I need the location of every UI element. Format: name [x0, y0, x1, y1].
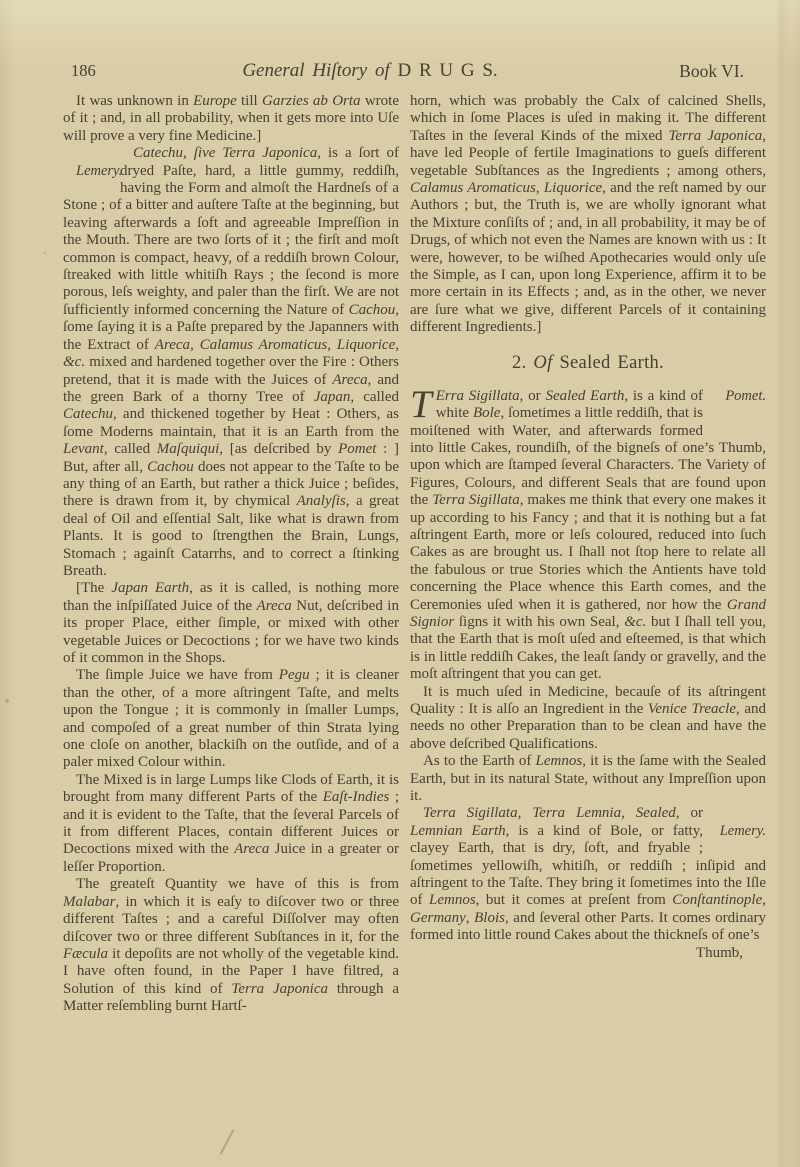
italic-text-run: Maſquiqui: [157, 441, 220, 457]
italic-text-run: Analyſis: [297, 493, 346, 509]
text-run: , called: [104, 441, 157, 457]
paragraph-malabar-quantity: The greateſt Quantity we have of this is…: [63, 876, 399, 1015]
text-run: , and thickened together by Heat : Other…: [63, 406, 399, 439]
italic-text-run: Lemnian Earth: [410, 823, 506, 839]
italic-text-run: Japan: [314, 389, 351, 405]
drop-cap: T: [410, 389, 432, 422]
text-run: ,: [536, 180, 544, 196]
left-column: It was unknown in Europe till Garzies ab…: [63, 93, 399, 1016]
text-run: , and the reſt named by our Authors ; bu…: [410, 180, 766, 335]
text-run: As to the Earth of: [423, 753, 536, 769]
italic-text-run: Of: [533, 353, 552, 373]
margin-note-author: Lemery.: [63, 145, 120, 197]
text-run: , [as deſcribed by: [219, 441, 338, 457]
margin-note-author: Pomet.: [703, 388, 766, 423]
italic-text-run: Garzies ab Orta: [262, 93, 361, 109]
italic-text-run: Catechu, ſive Terra Japonica: [133, 145, 317, 161]
book-label: Book VI.: [679, 58, 744, 84]
text-run: Sealed Earth.: [553, 353, 664, 373]
italic-text-run: Liquorice: [544, 180, 602, 196]
text-run: [The: [76, 580, 111, 596]
italic-text-run: Calamus Aromaticus: [200, 337, 328, 353]
italic-text-run: Areca: [234, 841, 269, 857]
page-edge-shade: [775, 0, 791, 1167]
italic-text-run: Conſtantinople: [672, 892, 762, 908]
paragraph-earth-of-lemnos: As to the Earth of Lemnos, it is the ſam…: [410, 753, 766, 805]
italic-text-run: Europe: [193, 93, 237, 109]
italic-text-run: Calamus Aromaticus: [410, 180, 536, 196]
text-run: D R U G S.: [398, 60, 498, 81]
italic-text-run: Areca: [155, 337, 190, 353]
text-run: or: [680, 805, 703, 821]
paper-scratch: [220, 1129, 234, 1154]
section-heading: 2. Of Sealed Earth.: [410, 353, 766, 373]
italic-text-run: Areca: [332, 372, 367, 388]
text-run: ſigns it with his own Seal,: [454, 614, 624, 630]
page-header: 186 General Hiſtory of D R U G S. Book V…: [0, 58, 800, 84]
text-columns: It was unknown in Europe till Garzies ab…: [63, 93, 766, 1016]
italic-text-run: Lemnos: [536, 753, 583, 769]
text-run: , makes me think that every one makes it…: [410, 492, 766, 612]
italic-text-run: Lemnos: [429, 892, 476, 908]
italic-text-run: Malabar: [63, 894, 116, 910]
italic-text-run: Liquorice: [337, 337, 395, 353]
italic-text-run: Germany: [410, 910, 466, 926]
italic-text-run: Terra Japonica: [668, 128, 762, 144]
text-run: The ſimple Juice we have from: [76, 667, 279, 683]
running-title: General Hiſtory of D R U G S.: [150, 58, 590, 84]
italic-text-run: Sealed Earth: [545, 388, 624, 404]
text-run: ,: [327, 337, 337, 353]
paragraph-terra-lemnia: Lemery.Terra Sigillata, Terra Lemnia, Se…: [410, 805, 766, 944]
text-run: The greateſt Quantity we have of this is…: [76, 876, 399, 892]
italic-text-run: Cachou: [349, 302, 396, 318]
italic-text-run: &c.: [624, 614, 646, 630]
paragraph-japan-earth: [The Japan Earth, as it is called, is no…: [63, 580, 399, 667]
text-run: , but it comes at preſent from: [476, 892, 673, 908]
right-column-bottom: Pomet.TErra Sigillata, or Sealed Earth, …: [410, 388, 766, 945]
italic-text-run: Levant: [63, 441, 104, 457]
italic-text-run: Catechu: [63, 406, 113, 422]
italic-text-run: Bole: [473, 405, 501, 421]
catchword: Thumb,: [410, 945, 766, 962]
text-run: ,: [190, 337, 200, 353]
paragraph-mixed-lumps: The Mixed is in large Lumps like Clods o…: [63, 772, 399, 876]
italic-text-run: Blois: [474, 910, 505, 926]
italic-text-run: Pegu: [279, 667, 310, 683]
italic-text-run: Eaſt-Indies: [323, 789, 390, 805]
italic-text-run: Terra Japonica: [231, 981, 328, 997]
paragraph-catechu-terra-japonica: Lemery.Catechu, ſive Terra Japonica, is …: [63, 145, 399, 580]
page-number: 186: [71, 58, 96, 84]
italic-text-run: Japan Earth: [111, 580, 189, 596]
italic-text-run: Terra Sigillata, Terra Lemnia, Sealed,: [423, 805, 680, 821]
paragraph-unknown-in-europe: It was unknown in Europe till Garzies ab…: [63, 93, 399, 145]
text-run: , or: [520, 388, 546, 404]
italic-text-run: Pomet: [338, 441, 376, 457]
text-run: It was unknown in: [76, 93, 193, 109]
italic-text-run: Terra Sigillata: [432, 492, 520, 508]
italic-text-run: Erra Sigillata: [436, 388, 520, 404]
paragraph-medicine-use: It is much uſed in Medicine, becauſe of …: [410, 684, 766, 754]
text-run: , called: [350, 389, 399, 405]
paragraph-terra-sigillata: Pomet.TErra Sigillata, or Sealed Earth, …: [410, 388, 766, 684]
italic-text-run: Cachou: [147, 459, 194, 475]
right-column: horn, which was probably the Calx of cal…: [410, 93, 766, 1016]
right-column-top: horn, which was probably the Calx of cal…: [410, 93, 766, 337]
text-run: ,: [395, 337, 399, 353]
text-run: ,: [762, 892, 766, 908]
text-run: ,: [466, 910, 474, 926]
text-run: till: [237, 93, 262, 109]
italic-text-run: Fæcula: [63, 946, 108, 962]
italic-text-run: Areca: [257, 598, 292, 614]
italic-text-run: &c.: [63, 354, 85, 370]
paragraph-simple-juice-pegu: The ſimple Juice we have from Pegu ; it …: [63, 667, 399, 771]
text-run: 2.: [512, 353, 533, 373]
margin-note-author: Lemery.: [703, 805, 766, 857]
italic-text-run: General Hiſtory of: [242, 60, 397, 81]
paragraph-hartshorn-continuation: horn, which was probably the Calx of cal…: [410, 93, 766, 337]
paper-specks: [0, 0, 2, 2]
italic-text-run: Venice Treacle: [648, 701, 736, 717]
book-page: 186 General Hiſtory of D R U G S. Book V…: [0, 0, 800, 1167]
